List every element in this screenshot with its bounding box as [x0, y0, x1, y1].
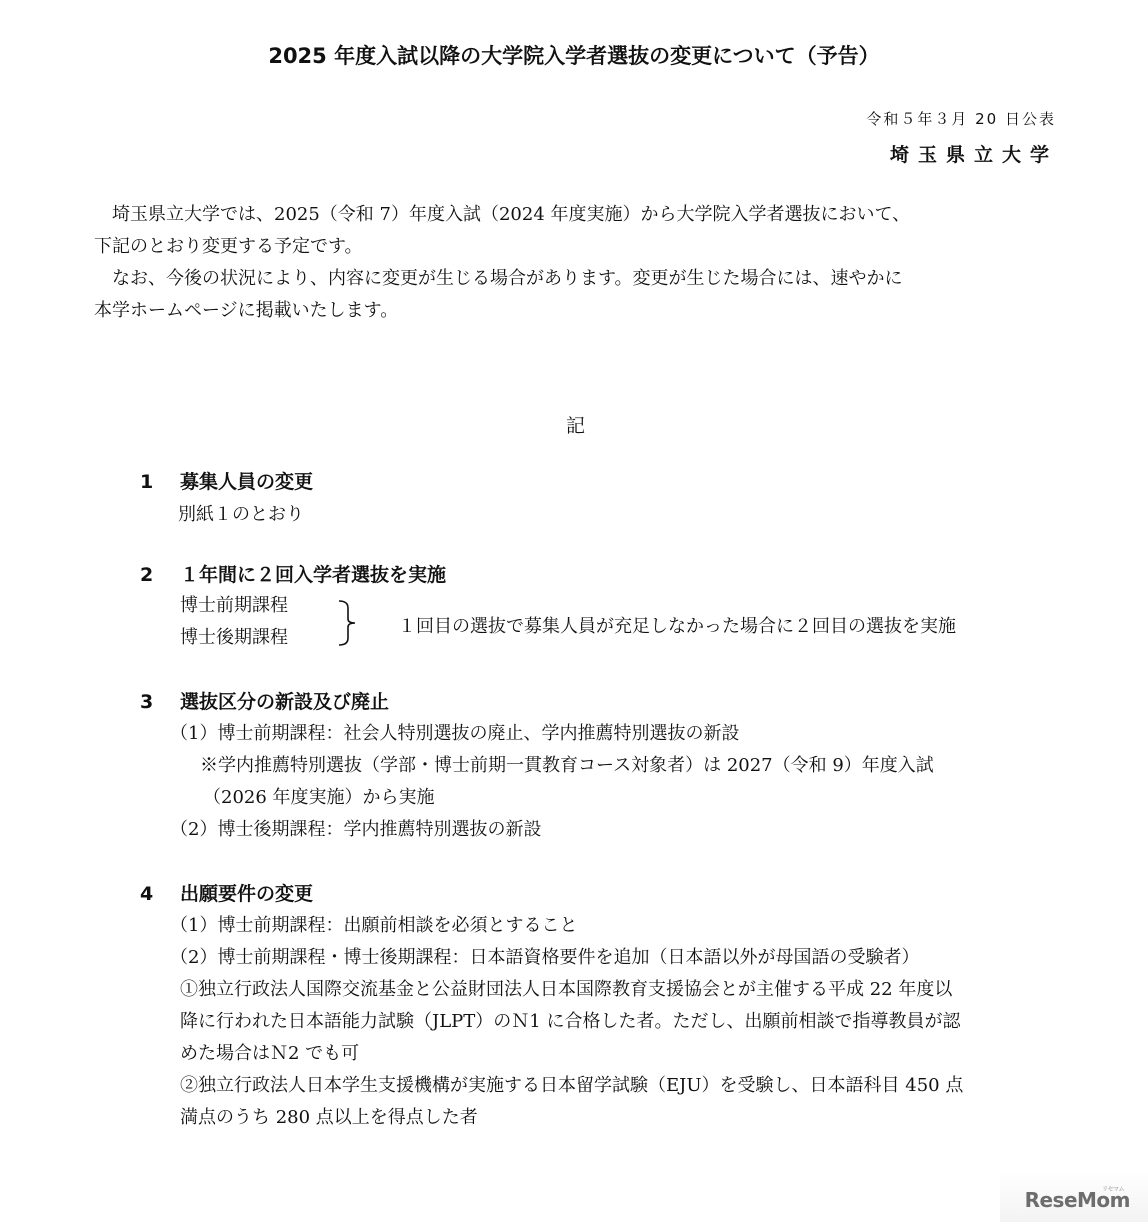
section-number: 2 [140, 564, 180, 586]
publication-date: 令和５年３月 20 日公表 [866, 108, 1056, 129]
intro-line-3: なお、今後の状況により、内容に変更が生じる場合があります。変更が生じた場合には、… [94, 263, 903, 295]
section-4-line-2: （2）博士前期課程・博士後期課程：日本語資格要件を追加（日本語以外が母国語の受験… [170, 943, 919, 969]
section-title: 出願要件の変更 [180, 883, 313, 905]
requirement-1-line-3: めた場合はＮ2 でも可 [180, 1039, 359, 1065]
intro-line-4: 本学ホームページに掲載いたします。 [94, 295, 398, 327]
organization-name: 埼玉県立大学 [890, 140, 1058, 167]
requirement-2-line-2: 満点のうち 280 点以上を得点した者 [180, 1103, 478, 1129]
section-4-line-1: （1）博士前期課程：出願前相談を必須とすること [170, 911, 577, 937]
brace-note: １回目の選抜で募集人員が充足しなかった場合に２回目の選抜を実施 [398, 612, 956, 638]
requirement-1-line-2: 降に行われた日本語能力試験（JLPT）のＮ1 に合格した者。ただし、出願前相談で… [180, 1007, 960, 1033]
section-number: 1 [140, 471, 180, 493]
logo-kana: リセマム [1102, 1184, 1124, 1193]
section-1-heading: 1募集人員の変更 [140, 467, 313, 494]
section-3-line-2: （2）博士後期課程：学内推薦特別選抜の新設 [170, 815, 541, 841]
right-brace-icon [338, 600, 356, 646]
resemom-logo: ReseMom リセマム [1025, 1188, 1130, 1212]
section-title: １年間に２回入学者選抜を実施 [180, 564, 446, 586]
requirement-1-line-1: ①独立行政法人国際交流基金と公益財団法人日本国際教育支援協会とが主催する平成 2… [180, 975, 952, 1001]
course-master: 博士前期課程 [180, 591, 288, 617]
requirement-2-line-1: ②独立行政法人日本学生支援機構が実施する日本留学試験（EJU）を受験し、日本語科… [180, 1071, 963, 1097]
intro-line-1: 埼玉県立大学では、2025（令和 7）年度入試（2024 年度実施）から大学院入… [94, 199, 910, 231]
section-number: 3 [140, 691, 180, 713]
course-doctor: 博士後期課程 [180, 623, 288, 649]
section-1-line: 別紙１のとおり [178, 500, 304, 526]
section-3-note: ※学内推薦特別選抜（学部・博士前期一貫教育コース対象者）は 2027（令和 9）… [200, 751, 934, 777]
intro-line-2: 下記のとおり変更する予定です。 [94, 231, 363, 263]
document-title: 2025 年度入試以降の大学院入学者選抜の変更について（予告） [0, 40, 1148, 70]
section-title: 選抜区分の新設及び廃止 [180, 691, 389, 713]
section-3-heading: 3選抜区分の新設及び廃止 [140, 687, 389, 714]
section-4-heading: 4出願要件の変更 [140, 879, 313, 906]
section-title: 募集人員の変更 [180, 471, 313, 493]
section-3-line-1: （1）博士前期課程：社会人特別選抜の廃止、学内推薦特別選抜の新設 [170, 719, 739, 745]
section-3-note-cont: （2026 年度実施）から実施 [203, 783, 435, 809]
section-number: 4 [140, 883, 180, 905]
section-2-heading: 2１年間に２回入学者選抜を実施 [140, 560, 446, 587]
ki-marker: 記 [566, 411, 585, 438]
